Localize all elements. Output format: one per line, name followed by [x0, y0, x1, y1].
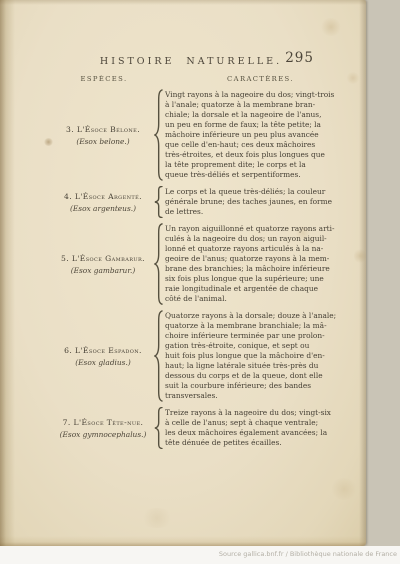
species-name: 3. L'Ésoce Bélone.	[54, 123, 152, 136]
species-cell: 6. L'Ésoce Espadon. (Esox gladius.)	[0, 344, 152, 369]
curly-brace-icon	[154, 89, 163, 181]
curly-brace-icon	[154, 407, 163, 449]
species-latin-name: (Esox belone.)	[54, 136, 152, 148]
characters-text: Un rayon aiguillonné et quatorze rayons …	[165, 224, 356, 304]
table-column-headers: ESPÈCES. CARACTÈRES.	[0, 75, 358, 83]
species-cell: 4. L'Ésoce Argenté. (Esox argenteus.)	[0, 190, 152, 215]
characters-column-header: CARACTÈRES.	[152, 75, 356, 83]
species-column-header: ESPÈCES.	[0, 75, 152, 83]
species-name: 5. L'Ésoce Gambarur.	[54, 252, 152, 265]
curly-brace-icon	[154, 310, 163, 402]
characters-text: Vingt rayons à la nageoire du dos; vingt…	[165, 90, 356, 180]
characters-cell: Vingt rayons à la nageoire du dos; vingt…	[152, 90, 356, 180]
table-row: 5. L'Ésoce Gambarur. (Esox gambarur.) Un…	[0, 224, 358, 304]
foxing-stain	[330, 478, 358, 500]
species-name: 6. L'Ésoce Espadon.	[54, 344, 152, 357]
characters-text: Treize rayons à la nageoire du dos; ving…	[165, 408, 356, 448]
running-title: HISTOIRE NATURELLE.	[96, 56, 286, 67]
table-row: 4. L'Ésoce Argenté. (Esox argenteus.) Le…	[0, 187, 358, 217]
book-page: HISTOIRE NATURELLE. 295 ESPÈCES. CARACTÈ…	[0, 0, 366, 546]
species-cell: 7. L'Ésoce Tête-nue. (Esox gymnocephalus…	[0, 416, 152, 441]
curly-brace-icon	[154, 186, 163, 218]
table-row: 7. L'Ésoce Tête-nue. (Esox gymnocephalus…	[0, 408, 358, 448]
species-cell: 3. L'Ésoce Bélone. (Esox belone.)	[0, 123, 152, 148]
foxing-stain	[320, 18, 342, 36]
source-attribution: Source gallica.bnf.fr / Bibliothèque nat…	[219, 550, 397, 558]
characters-cell: Le corps et la queue très-déliés; la cou…	[152, 187, 356, 217]
species-latin-name: (Esox argenteus.)	[54, 203, 152, 215]
table-row: 3. L'Ésoce Bélone. (Esox belone.) Vingt …	[0, 90, 358, 180]
species-latin-name: (Esox gambarur.)	[54, 265, 152, 277]
characters-text: Quatorze rayons à la dorsale; douze à l'…	[165, 311, 356, 401]
page-number: 295	[285, 50, 314, 66]
species-name: 7. L'Ésoce Tête-nue.	[54, 416, 152, 429]
species-latin-name: (Esox gymnocephalus.)	[54, 429, 152, 441]
table-row: 6. L'Ésoce Espadon. (Esox gladius.) Quat…	[0, 311, 358, 401]
species-cell: 5. L'Ésoce Gambarur. (Esox gambarur.)	[0, 252, 152, 277]
characters-cell: Treize rayons à la nageoire du dos; ving…	[152, 408, 356, 448]
page-header: HISTOIRE NATURELLE. 295	[0, 53, 358, 69]
characters-cell: Un rayon aiguillonné et quatorze rayons …	[152, 224, 356, 304]
curly-brace-icon	[154, 223, 163, 305]
species-latin-name: (Esox gladius.)	[54, 357, 152, 369]
scan-footer-strip: Source gallica.bnf.fr / Bibliothèque nat…	[0, 546, 400, 564]
foxing-stain	[140, 508, 174, 528]
species-name: 4. L'Ésoce Argenté.	[54, 190, 152, 203]
characters-text: Le corps et la queue très-déliés; la cou…	[165, 187, 356, 217]
characters-cell: Quatorze rayons à la dorsale; douze à l'…	[152, 311, 356, 401]
scanned-book-page-viewer: HISTOIRE NATURELLE. 295 ESPÈCES. CARACTÈ…	[0, 0, 400, 564]
